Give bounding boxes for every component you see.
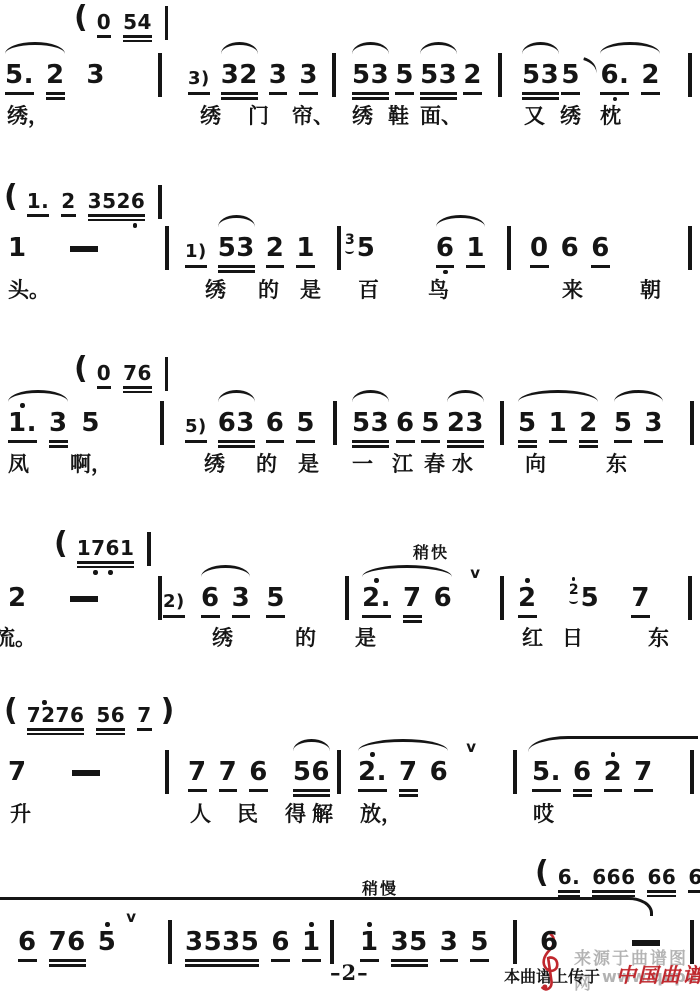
note-digit: 6: [436, 234, 455, 262]
octave-dots-bottom: [185, 967, 259, 974]
note-digit: 1: [466, 234, 485, 262]
note-digit: 1: [296, 234, 315, 262]
note-token: 2): [163, 576, 185, 625]
lyric-syllable: 红: [522, 622, 543, 652]
note-digit: 5): [185, 417, 207, 437]
open-paren: (: [535, 858, 549, 888]
octave-dots-top: [434, 576, 453, 584]
barline: [165, 750, 169, 794]
note-token: 3: [49, 401, 68, 455]
breath-mark: v: [470, 564, 480, 582]
note-token: 2: [579, 401, 598, 455]
open-paren: (: [4, 696, 18, 726]
note-digit: 35: [391, 928, 428, 956]
note-token: 5.: [532, 750, 561, 804]
octave-dots-bottom: [604, 792, 623, 799]
note-digit: 2: [46, 61, 65, 89]
underline: [221, 92, 258, 95]
note-digit: 2: [641, 61, 660, 89]
octave-dots-bottom: [647, 897, 676, 903]
note-token: 5: [395, 53, 414, 102]
note-token: 2: [266, 226, 285, 275]
note-digit: 3526: [88, 190, 146, 212]
octave-dot: [370, 752, 375, 757]
note-digit: 2: [579, 409, 598, 437]
octave-dots-bottom: [391, 967, 428, 974]
octave-dots-top: [470, 920, 489, 928]
measure: 2.76v: [358, 750, 476, 804]
digit-row: [632, 928, 660, 946]
note-token: 5: [470, 920, 489, 974]
octave-dots-top: [436, 226, 455, 234]
digit-row: 666: [592, 866, 635, 888]
measure: 5.23: [5, 53, 105, 107]
underlines: [518, 437, 537, 448]
digit-row: 53: [352, 409, 389, 437]
note-token: 0: [97, 356, 111, 399]
note-group: 7276567: [27, 698, 152, 741]
digit-row: 2: [463, 61, 482, 89]
note-token: 6: [430, 750, 449, 804]
lyric-syllable: 升: [10, 798, 31, 828]
digit-row: 3526: [88, 190, 146, 212]
note-digit: 6: [249, 758, 268, 786]
measure: 5)6365: [185, 401, 315, 455]
note-token: 2.: [358, 750, 387, 804]
note-token: 56: [293, 750, 330, 804]
digit-row: 6.: [558, 866, 581, 888]
digit-row: 5: [518, 409, 537, 437]
octave-dots-bottom: [232, 618, 251, 625]
octave-dots-bottom: [573, 797, 592, 804]
digit-row: 2.: [362, 584, 391, 612]
octave-dots-bottom: [27, 735, 85, 741]
barline: [158, 53, 162, 97]
open-paren: (: [54, 529, 68, 559]
digit-row: 76: [49, 928, 86, 956]
note-token: 7: [219, 750, 238, 799]
octave-dots-bottom: [8, 262, 27, 269]
digit-row: 6: [266, 409, 285, 437]
measure: 3561: [345, 226, 485, 275]
digit-row: 25: [569, 584, 599, 612]
underlines: [221, 89, 258, 100]
phrase-slur: [0, 897, 653, 916]
note-digit: 53: [352, 409, 389, 437]
slurred-note-group: 63: [218, 401, 255, 455]
octave-dots-top: [396, 401, 415, 409]
digit-row: 3: [644, 409, 663, 437]
note-token: 7: [8, 750, 27, 793]
note-token: 25: [569, 576, 599, 619]
note-digit: 3: [644, 409, 663, 437]
digit-row: 7: [137, 704, 151, 726]
octave-dots-top: [49, 401, 68, 409]
grace-tie: [569, 597, 578, 604]
octave-dots-top: [592, 860, 635, 866]
insert-barline: [165, 6, 169, 40]
octave-dots-bottom: [8, 786, 27, 793]
note-token: 1): [185, 226, 207, 275]
lyric-syllable: 头。: [8, 274, 50, 304]
underline: [579, 440, 598, 443]
octave-dot: [309, 922, 314, 927]
underline: [647, 890, 676, 893]
grace-note: 2: [569, 577, 579, 604]
note-group: 353561: [185, 920, 321, 974]
measure: 535532: [352, 53, 482, 107]
octave-dots-bottom: [18, 962, 37, 969]
note-token: 6: [561, 226, 580, 275]
note-digit: 76: [123, 362, 152, 384]
digit-row: 6: [591, 234, 610, 262]
digit-row: 1: [360, 928, 379, 956]
octave-dots-top: [395, 53, 414, 61]
underline: [522, 92, 559, 95]
barline: [507, 226, 511, 270]
octave-dots-top: [72, 750, 100, 758]
underline: [573, 789, 592, 792]
octave-dots-bottom: [466, 268, 485, 275]
note-token: [70, 576, 98, 609]
note-digit: 1: [302, 928, 321, 956]
insert-barline: [147, 532, 151, 566]
octave-dots-top: [185, 401, 207, 409]
note-digit: 5: [518, 409, 537, 437]
octave-dots-top: [46, 53, 65, 61]
note-token: 76: [123, 356, 152, 399]
digit-row: 5: [614, 409, 633, 437]
digit-row: 2: [518, 584, 537, 612]
octave-dot: [572, 577, 576, 581]
digit-row: 0: [97, 11, 111, 33]
octave-dots-bottom: [549, 443, 568, 450]
digit-row: 66: [647, 866, 676, 888]
measure: 536523: [352, 401, 484, 455]
digit-row: 6: [434, 584, 453, 612]
breath-mark: v: [126, 908, 136, 926]
octave-dot: [105, 922, 110, 927]
octave-dots-top: [27, 184, 50, 190]
note-digit: 666: [592, 866, 635, 888]
underline: [27, 728, 85, 731]
note-group: 5: [395, 53, 414, 102]
octave-dots-bottom: [403, 623, 422, 630]
digit-row: 0: [97, 362, 111, 384]
lyric-syllable: 绣: [205, 274, 226, 304]
note-digit: 3: [86, 61, 105, 89]
lyric-syllable: 凤: [8, 448, 29, 478]
pickup-insert: (7276567): [4, 698, 174, 741]
octave-dots-top: [81, 401, 100, 409]
octave-dots-top: [137, 698, 151, 704]
note-token: [70, 226, 98, 259]
digit-row: 5: [81, 409, 100, 437]
note-digit: 7: [403, 584, 422, 612]
digit-row: 76: [123, 362, 152, 384]
octave-dots-bottom: [98, 956, 117, 963]
octave-dots-bottom: [470, 962, 489, 969]
slurred-note-group: 5.2: [5, 53, 65, 107]
barline: [345, 576, 349, 620]
note-group: 054: [97, 5, 152, 48]
note-token: 2: [46, 53, 65, 107]
lyric-syllable: 绣: [204, 448, 225, 478]
digit-row: 0: [530, 234, 549, 262]
underline: [352, 92, 389, 95]
barline: [513, 920, 517, 964]
tempo-annotation: 稍快: [413, 540, 449, 563]
note-token: 0: [530, 226, 549, 275]
lyric-syllable: 放，: [360, 798, 402, 828]
lyric-syllable: 绣: [352, 100, 373, 130]
note-token: 6.: [600, 53, 629, 102]
lyric-syllable: 的: [258, 274, 279, 304]
octave-dot: [93, 570, 98, 575]
octave-dot: [611, 752, 616, 757]
note-group: 5: [421, 401, 440, 450]
octave-dots-bottom: [644, 443, 663, 450]
octave-dots-top: [463, 53, 482, 61]
underline: [558, 890, 581, 893]
note-digit: 1761: [77, 537, 135, 559]
lyric-syllable: 来: [562, 274, 583, 304]
note-group: 25: [569, 576, 599, 619]
measure: 066: [530, 226, 660, 275]
measure: 1.35: [8, 401, 100, 455]
octave-dots-top: [561, 226, 580, 234]
octave-dots-top: [88, 184, 146, 190]
digit-row: 6: [436, 234, 455, 262]
octave-dots-bottom: [123, 42, 152, 48]
octave-dots-top: [634, 750, 653, 758]
note-digit: 2.: [362, 584, 391, 612]
octave-dots-bottom: [266, 618, 285, 625]
digit-row: 6: [249, 758, 268, 786]
open-paren: (: [74, 3, 88, 33]
octave-dots-top: [549, 401, 568, 409]
digit-row: 3: [49, 409, 68, 437]
note-group: 21: [266, 226, 315, 275]
digit-row: 56: [96, 704, 125, 726]
underline: [403, 615, 422, 618]
octave-dots-top: [540, 920, 559, 928]
octave-dot: [367, 922, 372, 927]
lyric-syllable: 日: [562, 622, 583, 652]
digit-row: 3): [188, 61, 210, 89]
octave-dots-bottom: [123, 393, 152, 399]
pickup-insert: (054: [74, 5, 168, 48]
note-digit: 6: [266, 409, 285, 437]
octave-dots-bottom: [49, 448, 68, 455]
underlines: [27, 726, 85, 735]
underlines: [522, 89, 559, 100]
lyric-syllable: 鸟: [428, 274, 449, 304]
octave-dots-top: [266, 401, 285, 409]
note-token: 53: [352, 53, 389, 107]
measure: 1)5321: [185, 226, 315, 280]
digit-row: 6: [573, 758, 592, 786]
digit-row: 7: [403, 584, 422, 612]
octave-dots-top: [530, 226, 549, 234]
lyric-syllable: 绣: [212, 622, 233, 652]
barline: [337, 750, 341, 794]
note-digit: 3535: [185, 928, 259, 956]
note-digit: 6: [561, 234, 580, 262]
note-group: 5: [81, 401, 100, 444]
octave-dots-bottom: [8, 612, 27, 619]
octave-dots-top: [185, 920, 259, 928]
measure: 2257: [518, 576, 650, 625]
note-digit: 7: [399, 758, 418, 786]
note-digit: 0: [530, 234, 549, 262]
pickup-insert: (1761: [54, 531, 151, 574]
lyric-syllable: 哎: [533, 798, 554, 828]
note-token: 35: [345, 226, 375, 269]
octave-dots-top: [185, 226, 207, 234]
note-digit: 0: [97, 11, 111, 33]
note-token: 23: [447, 401, 484, 455]
digit-row: 53: [218, 234, 255, 262]
octave-dots-top: [61, 184, 75, 190]
note-token: 7: [137, 698, 151, 741]
octave-dot: [20, 403, 25, 408]
octave-dots-bottom: [137, 731, 151, 737]
note-token: 6: [434, 576, 453, 630]
digit-row: 5: [98, 928, 117, 956]
note-group: 1761: [77, 531, 135, 574]
note-group: [632, 920, 660, 953]
lyric-syllable: 流。: [0, 622, 36, 652]
note-token: 5: [296, 401, 315, 450]
octave-dots-top: [49, 920, 86, 928]
underline: [518, 440, 537, 443]
note-token: 32: [221, 53, 258, 107]
underline: [123, 386, 152, 389]
note-digit: 5: [561, 61, 580, 89]
digit-row: 1: [302, 928, 321, 956]
note-digit: 63: [218, 409, 255, 437]
octave-dots-top: [360, 920, 379, 928]
note-token: 54: [123, 5, 152, 48]
slurred-note-group: 53: [420, 53, 457, 107]
note-token: 2: [8, 576, 27, 619]
octave-dots-top: [647, 860, 676, 866]
underlines: [558, 888, 581, 897]
digit-row: 6.: [600, 61, 629, 89]
note-group: 7: [8, 750, 27, 793]
octave-dots-top: [631, 576, 650, 584]
octave-dots-top: [218, 226, 255, 234]
note-token: 5: [614, 401, 633, 450]
digit-row: 32: [221, 61, 258, 89]
octave-dots-top: [421, 401, 440, 409]
note-token: 6: [540, 920, 559, 963]
note-digit: 6: [396, 409, 415, 437]
note-digit: 3: [269, 61, 288, 89]
note-token: 7: [399, 750, 418, 804]
note-token: 53: [522, 53, 559, 107]
note-digit: 5.: [5, 61, 34, 89]
octave-dots-top: [201, 576, 220, 584]
measure: 2.76v: [362, 576, 480, 630]
octave-dots-bottom: [430, 786, 449, 793]
underline: [185, 959, 259, 962]
note-group: 076: [97, 356, 152, 399]
digit-row: 7: [219, 758, 238, 786]
underlines: [403, 612, 422, 623]
octave-dots-bottom: [463, 95, 482, 102]
measure: 2: [8, 576, 98, 619]
digit-row: 3: [232, 584, 251, 612]
note-token: 5: [518, 401, 537, 455]
octave-dots-top: [688, 860, 700, 866]
barline: [333, 401, 337, 445]
note-token: 3: [440, 920, 459, 974]
lyric-syllable: 面、: [420, 100, 462, 130]
measure: 1: [8, 226, 98, 269]
pickup-insert: (076: [74, 356, 168, 399]
octave-dots-top: [221, 53, 258, 61]
octave-dots-top: [70, 576, 98, 584]
underline: [49, 440, 68, 443]
note-group: 776: [188, 750, 268, 799]
barline: [158, 576, 162, 620]
underlines: [579, 437, 598, 448]
note-digit: 1: [549, 409, 568, 437]
octave-dots-bottom: [688, 893, 700, 899]
digit-row: 5: [470, 928, 489, 956]
barline: [690, 401, 694, 445]
note-digit: 2.: [358, 758, 387, 786]
octave-dots-top: [600, 53, 629, 61]
note-digit: 1: [8, 234, 27, 262]
note-token: 3535: [185, 920, 259, 974]
note-token: 2: [604, 750, 623, 804]
lyric-syllable: 民: [237, 798, 258, 828]
note-token: 56: [96, 698, 125, 741]
octave-dots-top: [266, 576, 285, 584]
note-digit: 2: [604, 758, 623, 786]
note-group: 65: [266, 401, 315, 450]
digit-row: 1: [466, 234, 485, 262]
barline: [332, 53, 336, 97]
underlines: [46, 89, 65, 100]
digit-row: [70, 584, 98, 602]
note-token: 2: [518, 576, 537, 625]
note-token: 53: [352, 401, 389, 455]
lyric-syllable: 鞋: [388, 100, 409, 130]
grace-digit: 3: [345, 233, 355, 247]
underline: [391, 959, 428, 962]
digit-row: 6: [201, 584, 220, 612]
note-digit: 3: [440, 928, 459, 956]
barline: [690, 750, 694, 794]
digit-row: 2: [266, 234, 285, 262]
lyric-syllable: 又: [524, 100, 545, 130]
underline: [123, 35, 152, 38]
underlines: [49, 956, 86, 967]
octave-dots-bottom: [632, 946, 660, 953]
lyric-syllable: 绣，: [7, 100, 49, 130]
note-token: 5.: [5, 53, 34, 107]
slide-mark: [581, 57, 600, 74]
note-digit: 1.: [27, 190, 50, 212]
note-token: 3: [269, 53, 288, 102]
digit-row: 5: [561, 61, 580, 89]
digit-row: 7: [634, 758, 653, 786]
lyric-syllable: 门: [248, 100, 269, 130]
